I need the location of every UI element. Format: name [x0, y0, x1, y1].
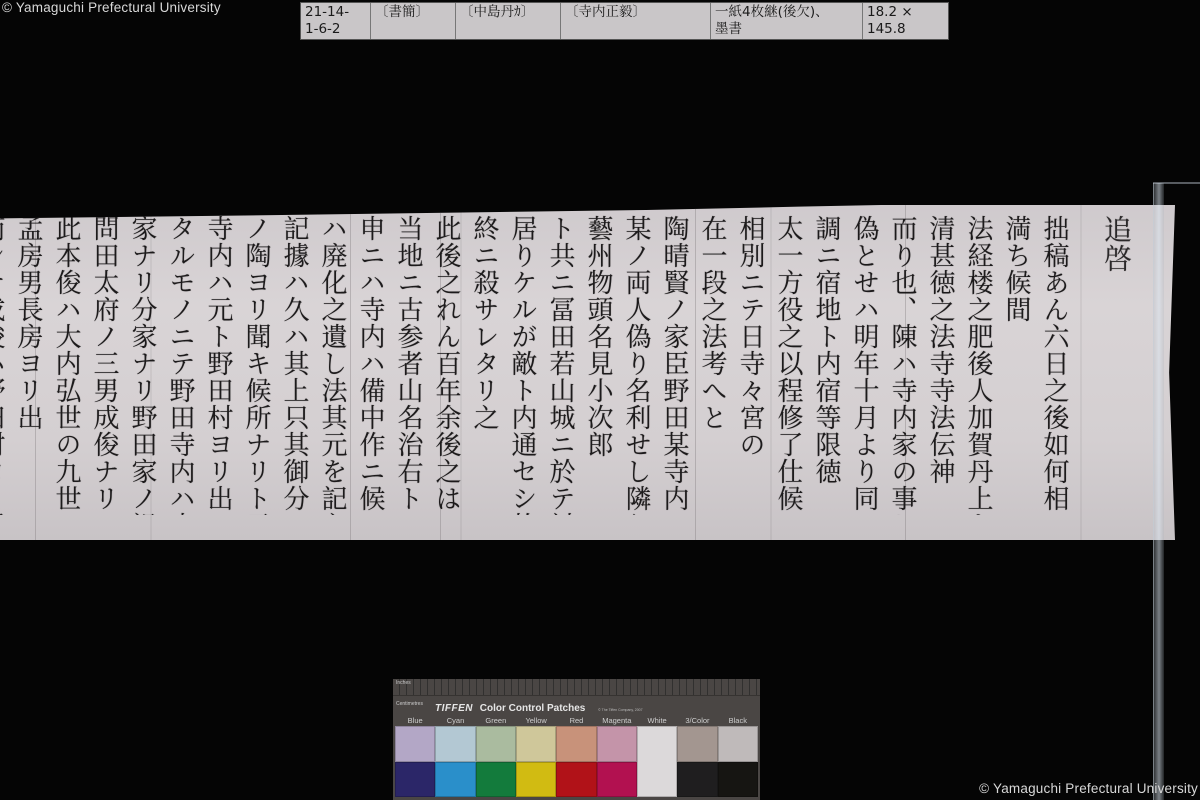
text-column: 而シテ成俊ハ野田村ヨリ経リ	[0, 215, 9, 515]
text-column: 居りケルが敵ト内通セシ故	[503, 215, 541, 515]
text-column: タルモノニテ野田寺内ハ本	[161, 215, 199, 515]
color-patches	[395, 726, 758, 797]
copyright-watermark-bottom: © Yamaguchi Prefectural University	[979, 781, 1198, 796]
letter-heading: 追啓	[1089, 215, 1135, 515]
text-column: 此本俊ハ大内弘世の九世	[47, 215, 85, 515]
copyright-watermark-top: © Yamaguchi Prefectural University	[2, 0, 221, 15]
text-column: 法経楼之肥後人加賀丹上を	[959, 215, 997, 515]
text-column: 在一段之法考へと	[693, 215, 731, 515]
glass-plate	[1153, 183, 1164, 800]
patch-cyan-dark	[435, 762, 475, 798]
handwritten-text: 追啓 拙稿あん六日之後如何相 満ち候間 法経楼之肥後人加賀丹上を 清甚徳之法寺寺…	[0, 215, 1135, 530]
patch-label: Yellow	[516, 716, 556, 725]
text-column: 而り也、陳ハ寺内家の事し	[883, 215, 921, 515]
patch-red-light	[556, 726, 596, 762]
patch-3-color-light	[677, 726, 717, 762]
patch-label: Black	[718, 716, 758, 725]
patch-label: 3/Color	[677, 716, 717, 725]
ruler-inches-label: Inches	[396, 680, 411, 686]
text-column: 太一方役之以程修了仕候	[769, 215, 807, 515]
catalog-id: 21-14- 1-6-2	[301, 3, 371, 39]
text-column: 藝州物頭名見小次郎	[579, 215, 617, 515]
catalog-recipient: 〔寺内正毅〕	[561, 3, 711, 39]
patch-label: Red	[556, 716, 596, 725]
patch-3-color-dark	[677, 762, 717, 798]
text-column: 陶晴賢ノ家臣野田某寺内	[655, 215, 693, 515]
patch-blue-dark	[395, 762, 435, 798]
text-column: 記據ハ久ハ其上只其御分	[275, 215, 313, 515]
chart-title: TIFFEN Color Control Patches © The Tiffe…	[435, 703, 643, 714]
text-column: 当地ニ古参者山名治右ト	[389, 215, 427, 515]
catalog-sender: 〔中島丹ｶ〕	[456, 3, 561, 39]
patch-black-dark	[718, 762, 758, 798]
patch-yellow-light	[516, 726, 556, 762]
text-column: 終ニ殺サレタリ之	[465, 215, 503, 515]
chart-copyright: © The Tiffen Company, 2007	[598, 708, 642, 712]
ruler	[393, 679, 760, 696]
color-control-chart: Inches Centimetres TIFFEN Color Control …	[393, 679, 760, 800]
patch-label: Blue	[395, 716, 435, 725]
text-column: 拙稿あん六日之後如何相	[1035, 215, 1073, 515]
catalog-label: 21-14- 1-6-2 〔書簡〕 〔中島丹ｶ〕 〔寺内正毅〕 一紙4枚継(後欠…	[300, 2, 949, 40]
patch-black-light	[718, 726, 758, 762]
text-column: 清甚徳之法寺寺法伝神	[921, 215, 959, 515]
text-column: 偽とせハ明年十月より同	[845, 215, 883, 515]
text-column: 家ナリ分家ナリ野田家ノ祖ハ	[123, 215, 161, 515]
patch-white-light	[637, 726, 677, 797]
text-column: 満ち候間	[997, 215, 1035, 515]
patch-blue-light	[395, 726, 435, 762]
catalog-format: 一紙4枚継(後欠)、 墨書	[711, 3, 863, 39]
patch-red-dark	[556, 762, 596, 798]
patch-label: Cyan	[435, 716, 475, 725]
text-column: ト共ニ冨田若山城ニ於テ討取り	[541, 215, 579, 515]
text-column: 調ニ宿地ト内宿等限徳	[807, 215, 845, 515]
patch-label: Magenta	[597, 716, 637, 725]
patch-magenta-dark	[597, 762, 637, 798]
text-column: 寺内ハ元ト野田村ヨリ出シ	[199, 215, 237, 515]
text-column: 某ノ両人偽り名利せし隣り	[617, 215, 655, 515]
text-column: 問田太府ノ三男成俊ナリ	[85, 215, 123, 515]
catalog-type: 〔書簡〕	[371, 3, 456, 39]
ruler-cm-label: Centimetres	[396, 701, 423, 707]
patch-magenta-light	[597, 726, 637, 762]
patch-labels: Blue Cyan Green Yellow Red Magenta White…	[395, 716, 758, 725]
patch-green-dark	[476, 762, 516, 798]
text-column: 此後之れん百年余後之は	[427, 215, 465, 515]
chart-title-text: Color Control Patches	[480, 703, 586, 714]
text-column: 相別ニテ日寺々宮の	[731, 215, 769, 515]
text-column: 孟房男長房ヨリ出	[9, 215, 47, 515]
document-paper: 追啓 拙稿あん六日之後如何相 満ち候間 法経楼之肥後人加賀丹上を 清甚徳之法寺寺…	[0, 205, 1175, 540]
text-column: ハ廃化之遺し法其元を記之	[313, 215, 351, 515]
patch-cyan-light	[435, 726, 475, 762]
patch-label: Green	[476, 716, 516, 725]
catalog-dimensions: 18.2 × 145.8	[863, 3, 948, 39]
patch-label: White	[637, 716, 677, 725]
patch-green-light	[476, 726, 516, 762]
tiffen-logo: TIFFEN	[435, 703, 473, 714]
text-column: ノ陶ヨリ聞キ候所ナリト云	[237, 215, 275, 515]
text-column: 申ニハ寺内ハ備中作ニ候	[351, 215, 389, 515]
patch-yellow-dark	[516, 762, 556, 798]
